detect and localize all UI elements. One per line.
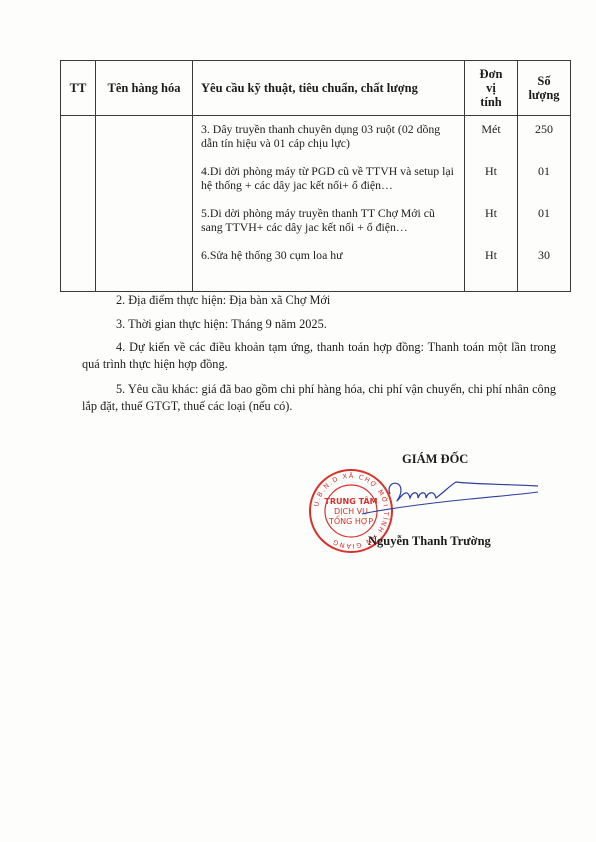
requirement-item: 6.Sửa hệ thống 30 cụm loa hư [201,248,458,262]
quantity-value: 250 [519,122,569,150]
payment-paragraph: 4. Dự kiến về các điều khoản tạm ứng, th… [82,339,556,373]
quantity-value: 01 [519,206,569,234]
requirement-item: 3. Dây truyền thanh chuyên dụng 03 ruột … [201,122,458,150]
unit-value: Ht [466,164,516,192]
location-paragraph: 2. Địa điểm thực hiện: Địa bàn xã Chợ Mớ… [116,292,596,309]
header-unit-line: tính [469,95,513,109]
signer-title: GIÁM ĐỐC [402,452,468,467]
unit-value: Mét [466,122,516,150]
header-unit-line: vị [469,81,513,95]
quantity-value: 01 [519,164,569,192]
header-qty-line: Số [522,74,566,88]
goods-table: TT Tên hàng hóa Yêu cầu kỹ thuật, tiêu c… [60,60,571,292]
handwritten-signature-icon [360,474,540,524]
header-quantity: Số lượng [518,61,571,116]
header-qty-line: lượng [522,88,566,102]
quantity-value: 30 [519,248,569,262]
table-row: 3. Dây truyền thanh chuyên dụng 03 ruột … [61,116,571,292]
header-unit-line: Đơn [469,67,513,81]
document-page: TT Tên hàng hóa Yêu cầu kỹ thuật, tiêu c… [0,0,596,842]
unit-value: Ht [466,248,516,262]
requirement-item: 4.Di dời phòng máy từ PGD cũ về TTVH và … [201,164,458,192]
other-requirements-paragraph: 5. Yêu cầu khác: giá đã bao gồm chi phí … [82,381,556,415]
unit-value: Ht [466,206,516,234]
cell-quantity: 250 01 01 30 [518,116,571,292]
signer-name: Nguyễn Thanh Trường [368,534,491,549]
cell-tt [61,116,96,292]
requirement-item: 5.Di dời phòng máy truyền thanh TT Chợ M… [201,206,458,234]
cell-requirements: 3. Dây truyền thanh chuyên dụng 03 ruột … [193,116,465,292]
header-unit: Đơn vị tính [465,61,518,116]
cell-goods-name [96,116,193,292]
header-goods-name: Tên hàng hóa [96,61,193,116]
cell-unit: Mét Ht Ht Ht [465,116,518,292]
header-requirements: Yêu cầu kỹ thuật, tiêu chuẩn, chất lượng [193,61,465,116]
header-tt: TT [61,61,96,116]
table-header-row: TT Tên hàng hóa Yêu cầu kỹ thuật, tiêu c… [61,61,571,116]
time-paragraph: 3. Thời gian thực hiện: Tháng 9 năm 2025… [116,316,596,333]
